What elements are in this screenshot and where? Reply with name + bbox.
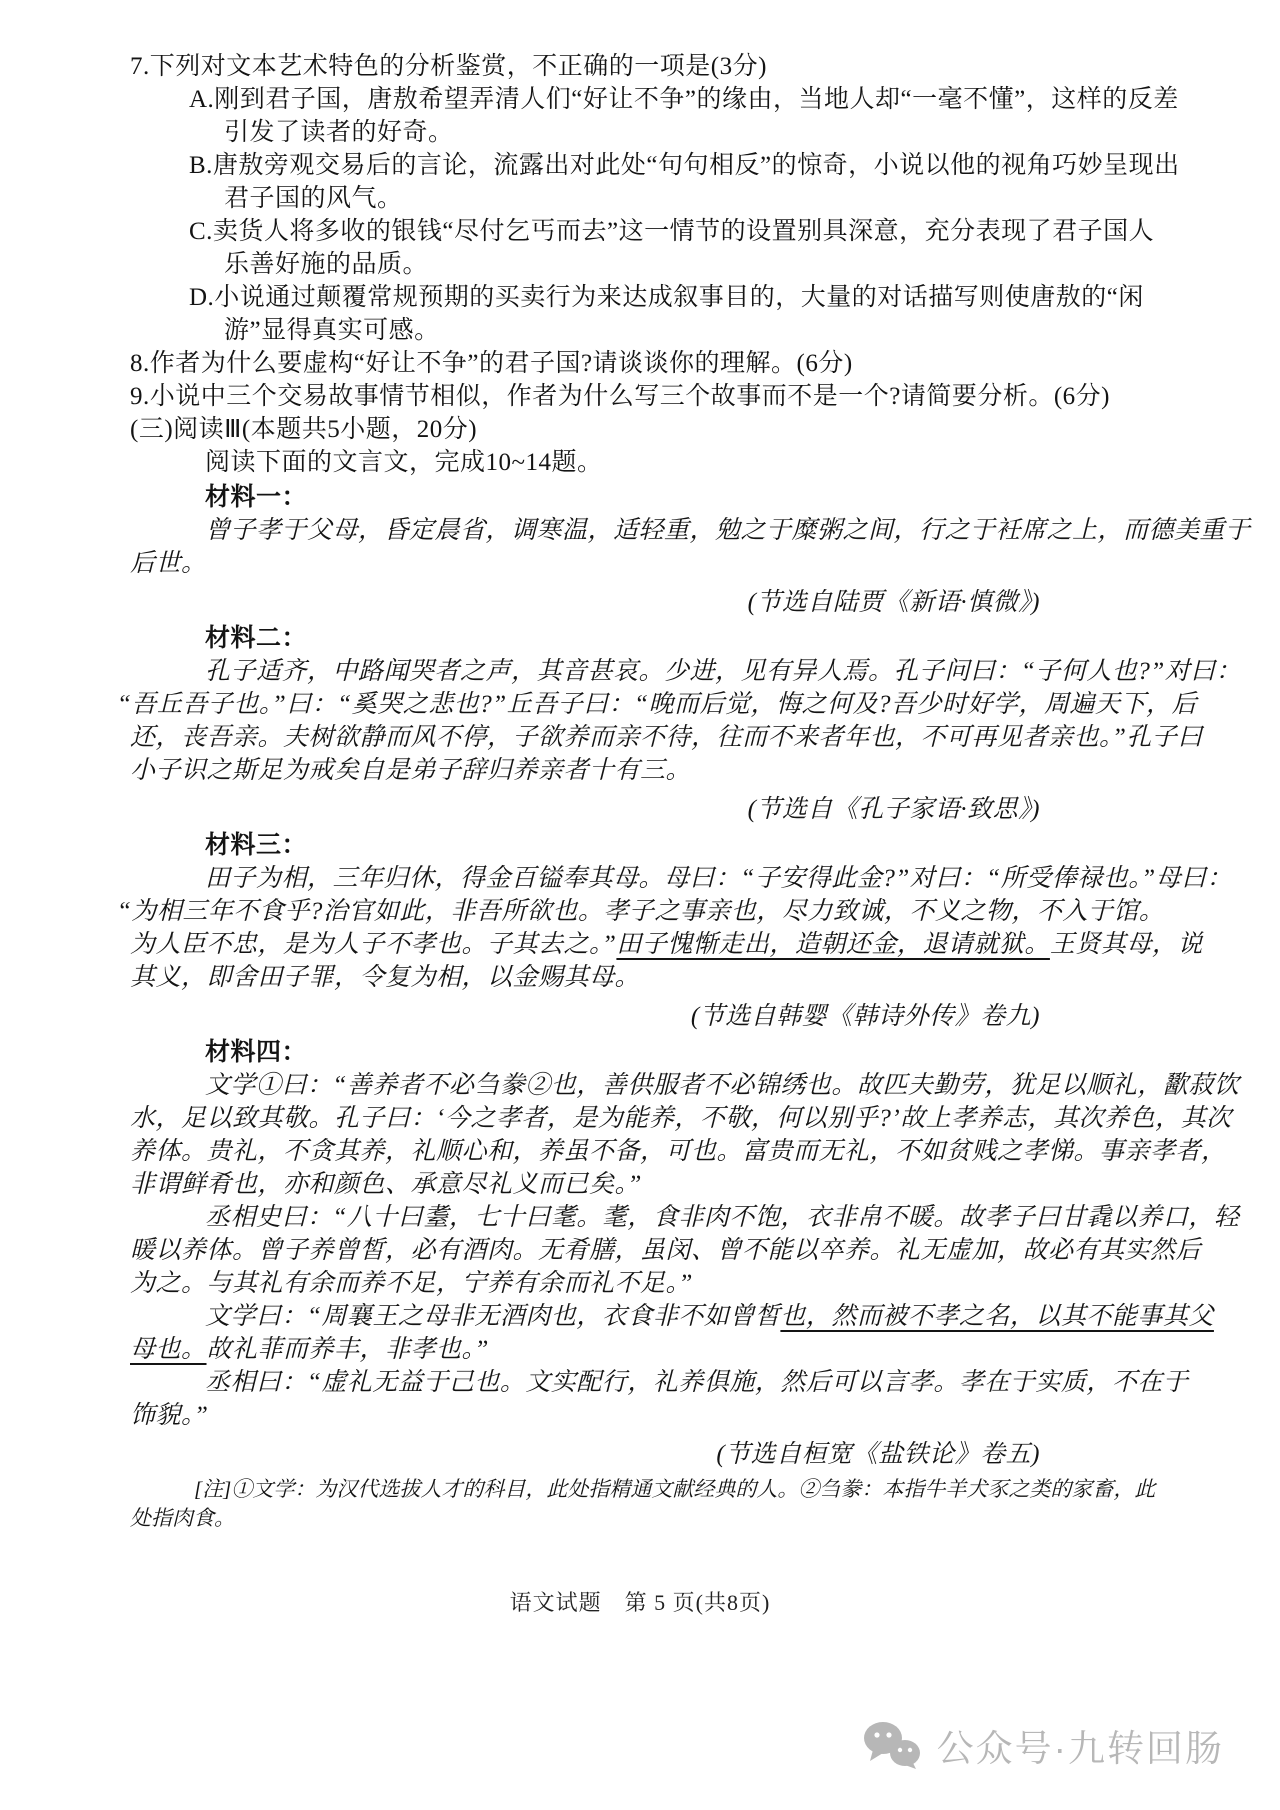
material-4-text: 文学曰：“周襄王之母非无酒肉也，衣食非不如曾皙 bbox=[205, 1303, 780, 1330]
option-d-line2: 游”显得真实可感。 bbox=[224, 314, 1152, 347]
material-4-underlined-sentence: 母也。 bbox=[130, 1336, 207, 1363]
material-2-line: 还，丧吾亲。夫树欲静而风不停，子欲养而亲不待，往而不来者年也，不可再见者亲也。”… bbox=[130, 721, 1152, 754]
material-3-text: 王贤其母，说 bbox=[1050, 931, 1203, 958]
material-1-line: 后世。 bbox=[130, 547, 1152, 580]
option-c-line1: C.卖货人将多收的银钱“尽付乞丐而去”这一情节的设置别具深意，充分表现了君子国人 bbox=[189, 215, 1152, 248]
option-b-line2: 君子国的风气。 bbox=[224, 182, 1152, 215]
watermark-text: 公众号·九转回肠 bbox=[937, 1718, 1224, 1772]
watermark: 公众号·九转回肠 bbox=[863, 1718, 1224, 1772]
material-3-line: “为相三年不食乎?治官如此，非吾所欲也。孝子之事亲也，尽力致诚，不义之物，不入于… bbox=[117, 895, 1152, 928]
material-4-line: 水，足以致其敬。孔子曰：‘今之孝者，是为能养，不敬，何以别乎?’故上孝养志，其次… bbox=[130, 1102, 1152, 1135]
section-3-intro: 阅读下面的文言文，完成10~14题。 bbox=[205, 446, 1152, 479]
material-1-title: 材料一： bbox=[205, 481, 1152, 514]
material-2-source: (节选自《孔子家语·致思》) bbox=[130, 793, 1152, 826]
question-9: 9.小说中三个交易故事情节相似，作者为什么写三个故事而不是一个?请简要分析。(6… bbox=[130, 380, 1152, 413]
option-a-line1: A.刚到君子国，唐敖希望弄清人们“好让不争”的缘由，当地人却“一毫不懂”，这样的… bbox=[189, 83, 1152, 116]
material-4-line: 养体。贵礼，不贪其养，礼顺心和，养虽不备，可也。富贵而无礼，不如贫贱之孝悌。事亲… bbox=[130, 1135, 1152, 1168]
material-4-line: 非谓鲜肴也，亦和颜色、承意尽礼义而已矣。” bbox=[130, 1168, 1152, 1201]
material-3-line: 为人臣不忠，是为人子不孝也。子其去之。”田子愧惭走出，造朝还金，退请就狱。王贤其… bbox=[130, 928, 1152, 961]
material-4-text: 故礼菲而养丰，非孝也。” bbox=[207, 1336, 489, 1363]
question-7-stem: 7.下列对文本艺术特色的分析鉴赏，不正确的一项是(3分) bbox=[130, 50, 1152, 83]
material-4-line: 文学曰：“周襄王之母非无酒肉也，衣食非不如曾皙也，然而被不孝之名，以其不能事其父 bbox=[205, 1300, 1152, 1333]
material-3-text: 为人臣不忠，是为人子不孝也。子其去之。” bbox=[130, 931, 616, 958]
material-4-line: 丞相曰：“虚礼无益于己也。文实配行，礼养俱施，然后可以言孝。孝在于实质，不在于 bbox=[205, 1366, 1152, 1399]
section-3-heading: (三)阅读Ⅲ(本题共5小题，20分) bbox=[130, 413, 1152, 446]
option-b-line1: B.唐敖旁观交易后的言论，流露出对此处“句句相反”的惊奇，小说以他的视角巧妙呈现… bbox=[189, 149, 1152, 182]
material-4-underlined-sentence: 也，然而被不孝之名，以其不能事其父 bbox=[780, 1303, 1214, 1330]
option-d-line1: D.小说通过颠覆常规预期的买卖行为来达成叙事目的，大量的对话描写则使唐敖的“闲 bbox=[189, 281, 1152, 314]
material-2-line: 孔子适齐，中路闻哭者之声，其音甚哀。少进，见有异人焉。孔子问曰：“子何人也?”对… bbox=[205, 655, 1152, 688]
material-3-source: (节选自韩婴《韩诗外传》卷九) bbox=[130, 1000, 1152, 1033]
material-4-line: 母也。故礼菲而养丰，非孝也。” bbox=[130, 1333, 1152, 1366]
question-8: 8.作者为什么要虚构“好让不争”的君子国?请谈谈你的理解。(6分) bbox=[130, 347, 1152, 380]
material-1-source: (节选自陆贾《新语·慎微》) bbox=[130, 586, 1152, 619]
material-4-line: 为之。与其礼有余而养不足，宁养有余而礼不足。” bbox=[130, 1267, 1152, 1300]
material-3-title: 材料三： bbox=[205, 829, 1152, 862]
option-c-line2: 乐善好施的品质。 bbox=[224, 248, 1152, 281]
footnote-line1: [注]①文学：为汉代选拔人才的科目，此处指精通文献经典的人。②刍豢：本指牛羊犬豕… bbox=[194, 1475, 1152, 1504]
material-2-line: “吾丘吾子也。”曰：“奚哭之悲也?”丘吾子曰：“晚而后觉，悔之何及?吾少时好学，… bbox=[117, 688, 1152, 721]
material-3-line: 其义，即舍田子罪，令复为相，以金赐其母。 bbox=[130, 961, 1152, 994]
material-3-underlined-sentence: 田子愧惭走出，造朝还金，退请就狱。 bbox=[616, 931, 1050, 958]
material-4-source: (节选自桓宽《盐铁论》卷五) bbox=[130, 1438, 1152, 1471]
material-4-line: 暖以养体。曾子养曾皙，必有酒肉。无肴膳，虽闵、曾不能以卒养。礼无虚加，故必有其实… bbox=[130, 1234, 1152, 1267]
option-a-line2: 引发了读者的好奇。 bbox=[224, 116, 1152, 149]
material-4-line: 文学①曰：“善养者不必刍豢②也，善供服者不必锦绣也。故匹夫勤劳，犹足以顺礼，歠菽… bbox=[205, 1069, 1152, 1102]
material-2-title: 材料二： bbox=[205, 622, 1152, 655]
material-2-line: 小子识之斯足为戒矣自是弟子辞归养亲者十有三。 bbox=[130, 754, 1152, 787]
page-footer: 语文试题 第 5 页(共8页) bbox=[0, 1586, 1280, 1617]
material-3-line: 田子为相，三年归休，得金百镒奉其母。母曰：“子安得此金?”对曰：“所受俸禄也。”… bbox=[205, 862, 1152, 895]
material-4-line: 饰貌。” bbox=[130, 1399, 1152, 1432]
exam-content: 7.下列对文本艺术特色的分析鉴赏，不正确的一项是(3分) A.刚到君子国，唐敖希… bbox=[130, 50, 1152, 1533]
wechat-icon bbox=[863, 1721, 923, 1769]
material-4-line: 丞相史曰：“八十曰耋，七十曰耄。耄，食非肉不饱，衣非帛不暖。故孝子曰甘毳以养口，… bbox=[205, 1201, 1152, 1234]
footnote-line2: 处指肉食。 bbox=[130, 1504, 1152, 1533]
material-4-title: 材料四： bbox=[205, 1036, 1152, 1069]
material-1-line: 曾子孝于父母，昏定晨省，调寒温，适轻重，勉之于糜粥之间，行之于衽席之上，而德美重… bbox=[205, 514, 1152, 547]
